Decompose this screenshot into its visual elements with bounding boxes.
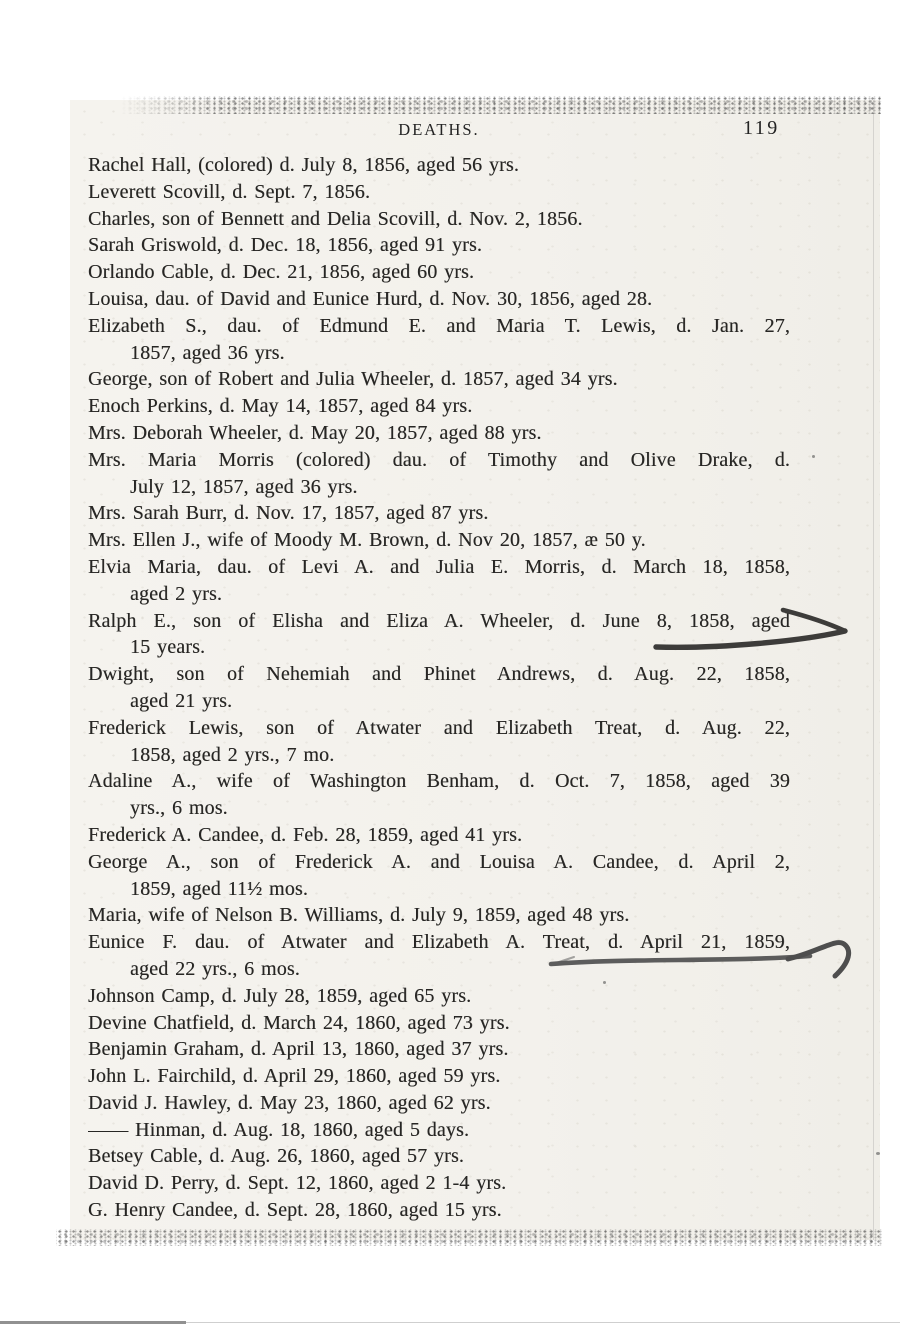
- entry-line: George A., son of Frederick A. and Louis…: [88, 849, 790, 876]
- entry-line: Sarah Griswold, d. Dec. 18, 1856, aged 9…: [88, 232, 790, 259]
- entry-line: Mrs. Ellen J., wife of Moody M. Brown, d…: [88, 527, 790, 554]
- scan-speck: [812, 455, 815, 458]
- page-number: 119: [743, 117, 780, 140]
- death-entry: Johnson Camp, d. July 28, 1859, aged 65 …: [88, 983, 790, 1010]
- death-entry: David J. Hawley, d. May 23, 1860, aged 6…: [88, 1090, 790, 1117]
- entry-line: Ralph E., son of Elisha and Eliza A. Whe…: [88, 608, 790, 635]
- entry-line: Orlando Cable, d. Dec. 21, 1856, aged 60…: [88, 259, 790, 286]
- death-entry: George, son of Robert and Julia Wheeler,…: [88, 366, 790, 393]
- death-entry: David D. Perry, d. Sept. 12, 1860, aged …: [88, 1170, 790, 1197]
- scan-speck: [876, 1152, 880, 1155]
- entry-line: David D. Perry, d. Sept. 12, 1860, aged …: [88, 1170, 790, 1197]
- death-entry: Betsey Cable, d. Aug. 26, 1860, aged 57 …: [88, 1143, 790, 1170]
- death-entry: Orlando Cable, d. Dec. 21, 1856, aged 60…: [88, 259, 790, 286]
- scan-speck: [603, 981, 606, 984]
- entry-line: Frederick Lewis, son of Atwater and Eliz…: [88, 715, 790, 742]
- entry-line: Dwight, son of Nehemiah and Phinet Andre…: [88, 661, 790, 688]
- entry-line: Rachel Hall, (colored) d. July 8, 1856, …: [88, 152, 790, 179]
- entry-line: Adaline A., wife of Washington Benham, d…: [88, 768, 790, 795]
- death-entry: Devine Chatfield, d. March 24, 1860, age…: [88, 1010, 790, 1037]
- death-entry: Dwight, son of Nehemiah and Phinet Andre…: [88, 661, 790, 715]
- entry-line: —— Hinman, d. Aug. 18, 1860, aged 5 days…: [88, 1117, 790, 1144]
- entry-line: Mrs. Maria Morris (colored) dau. of Timo…: [88, 447, 790, 474]
- scanned-page: DEATHS. 119 Rachel Hall, (colored) d. Ju…: [70, 100, 880, 1240]
- death-entry: Louisa, dau. of David and Eunice Hurd, d…: [88, 286, 790, 313]
- death-entries-list: Rachel Hall, (colored) d. July 8, 1856, …: [88, 152, 790, 1224]
- entry-line: Frederick A. Candee, d. Feb. 28, 1859, a…: [88, 822, 790, 849]
- entry-line: Charles, son of Bennett and Delia Scovil…: [88, 206, 790, 233]
- death-entry: Ralph E., son of Elisha and Eliza A. Whe…: [88, 608, 790, 662]
- entry-line: aged 21 yrs.: [88, 688, 790, 715]
- page-top-edge-shadow: [120, 96, 882, 114]
- entry-line: 1858, aged 2 yrs., 7 mo.: [88, 742, 790, 769]
- scan-bottom-line-dark: [0, 1321, 186, 1324]
- entry-line: Betsey Cable, d. Aug. 26, 1860, aged 57 …: [88, 1143, 790, 1170]
- entry-line: Benjamin Graham, d. April 13, 1860, aged…: [88, 1036, 790, 1063]
- entry-line: David J. Hawley, d. May 23, 1860, aged 6…: [88, 1090, 790, 1117]
- death-entry: Charles, son of Bennett and Delia Scovil…: [88, 206, 790, 233]
- entry-line: Elizabeth S., dau. of Edmund E. and Mari…: [88, 313, 790, 340]
- entry-line: Leverett Scovill, d. Sept. 7, 1856.: [88, 179, 790, 206]
- entry-line: 15 years.: [88, 634, 790, 661]
- entry-line: George, son of Robert and Julia Wheeler,…: [88, 366, 790, 393]
- entry-line: aged 2 yrs.: [88, 581, 790, 608]
- page-bottom-edge-shadow: [56, 1229, 882, 1246]
- death-entry: Mrs. Maria Morris (colored) dau. of Timo…: [88, 447, 790, 501]
- death-entry: Eunice F. dau. of Atwater and Elizabeth …: [88, 929, 790, 983]
- entry-line: aged 22 yrs., 6 mos.: [88, 956, 790, 983]
- entry-line: Enoch Perkins, d. May 14, 1857, aged 84 …: [88, 393, 790, 420]
- entry-line: July 12, 1857, aged 36 yrs.: [88, 474, 790, 501]
- death-entry: John L. Fairchild, d. April 29, 1860, ag…: [88, 1063, 790, 1090]
- entry-line: Eunice F. dau. of Atwater and Elizabeth …: [88, 929, 790, 956]
- death-entry: Frederick A. Candee, d. Feb. 28, 1859, a…: [88, 822, 790, 849]
- death-entry: Elvia Maria, dau. of Levi A. and Julia E…: [88, 554, 790, 608]
- death-entry: Adaline A., wife of Washington Benham, d…: [88, 768, 790, 822]
- entry-line: Mrs. Sarah Burr, d. Nov. 17, 1857, aged …: [88, 500, 790, 527]
- death-entry: Sarah Griswold, d. Dec. 18, 1856, aged 9…: [88, 232, 790, 259]
- entry-line: G. Henry Candee, d. Sept. 28, 1860, aged…: [88, 1197, 790, 1224]
- entry-line: yrs., 6 mos.: [88, 795, 790, 822]
- entry-line: Mrs. Deborah Wheeler, d. May 20, 1857, a…: [88, 420, 790, 447]
- death-entry: Mrs. Deborah Wheeler, d. May 20, 1857, a…: [88, 420, 790, 447]
- death-entry: —— Hinman, d. Aug. 18, 1860, aged 5 days…: [88, 1117, 790, 1144]
- entry-line: John L. Fairchild, d. April 29, 1860, ag…: [88, 1063, 790, 1090]
- entry-line: 1857, aged 36 yrs.: [88, 340, 790, 367]
- entry-line: Elvia Maria, dau. of Levi A. and Julia E…: [88, 554, 790, 581]
- entry-line: Louisa, dau. of David and Eunice Hurd, d…: [88, 286, 790, 313]
- death-entry: George A., son of Frederick A. and Louis…: [88, 849, 790, 903]
- entry-line: Devine Chatfield, d. March 24, 1860, age…: [88, 1010, 790, 1037]
- death-entry: Maria, wife of Nelson B. Williams, d. Ju…: [88, 902, 790, 929]
- page-right-edge-line: [873, 100, 874, 1240]
- death-entry: Mrs. Ellen J., wife of Moody M. Brown, d…: [88, 527, 790, 554]
- death-entry: Enoch Perkins, d. May 14, 1857, aged 84 …: [88, 393, 790, 420]
- death-entry: Leverett Scovill, d. Sept. 7, 1856.: [88, 179, 790, 206]
- death-entry: G. Henry Candee, d. Sept. 28, 1860, aged…: [88, 1197, 790, 1224]
- entry-line: 1859, aged 11½ mos.: [88, 876, 790, 903]
- death-entry: Benjamin Graham, d. April 13, 1860, aged…: [88, 1036, 790, 1063]
- death-entry: Rachel Hall, (colored) d. July 8, 1856, …: [88, 152, 790, 179]
- death-entry: Elizabeth S., dau. of Edmund E. and Mari…: [88, 313, 790, 367]
- death-entry: Mrs. Sarah Burr, d. Nov. 17, 1857, aged …: [88, 500, 790, 527]
- page-title: DEATHS.: [88, 120, 790, 140]
- entry-line: Maria, wife of Nelson B. Williams, d. Ju…: [88, 902, 790, 929]
- entry-line: Johnson Camp, d. July 28, 1859, aged 65 …: [88, 983, 790, 1010]
- death-entry: Frederick Lewis, son of Atwater and Eliz…: [88, 715, 790, 769]
